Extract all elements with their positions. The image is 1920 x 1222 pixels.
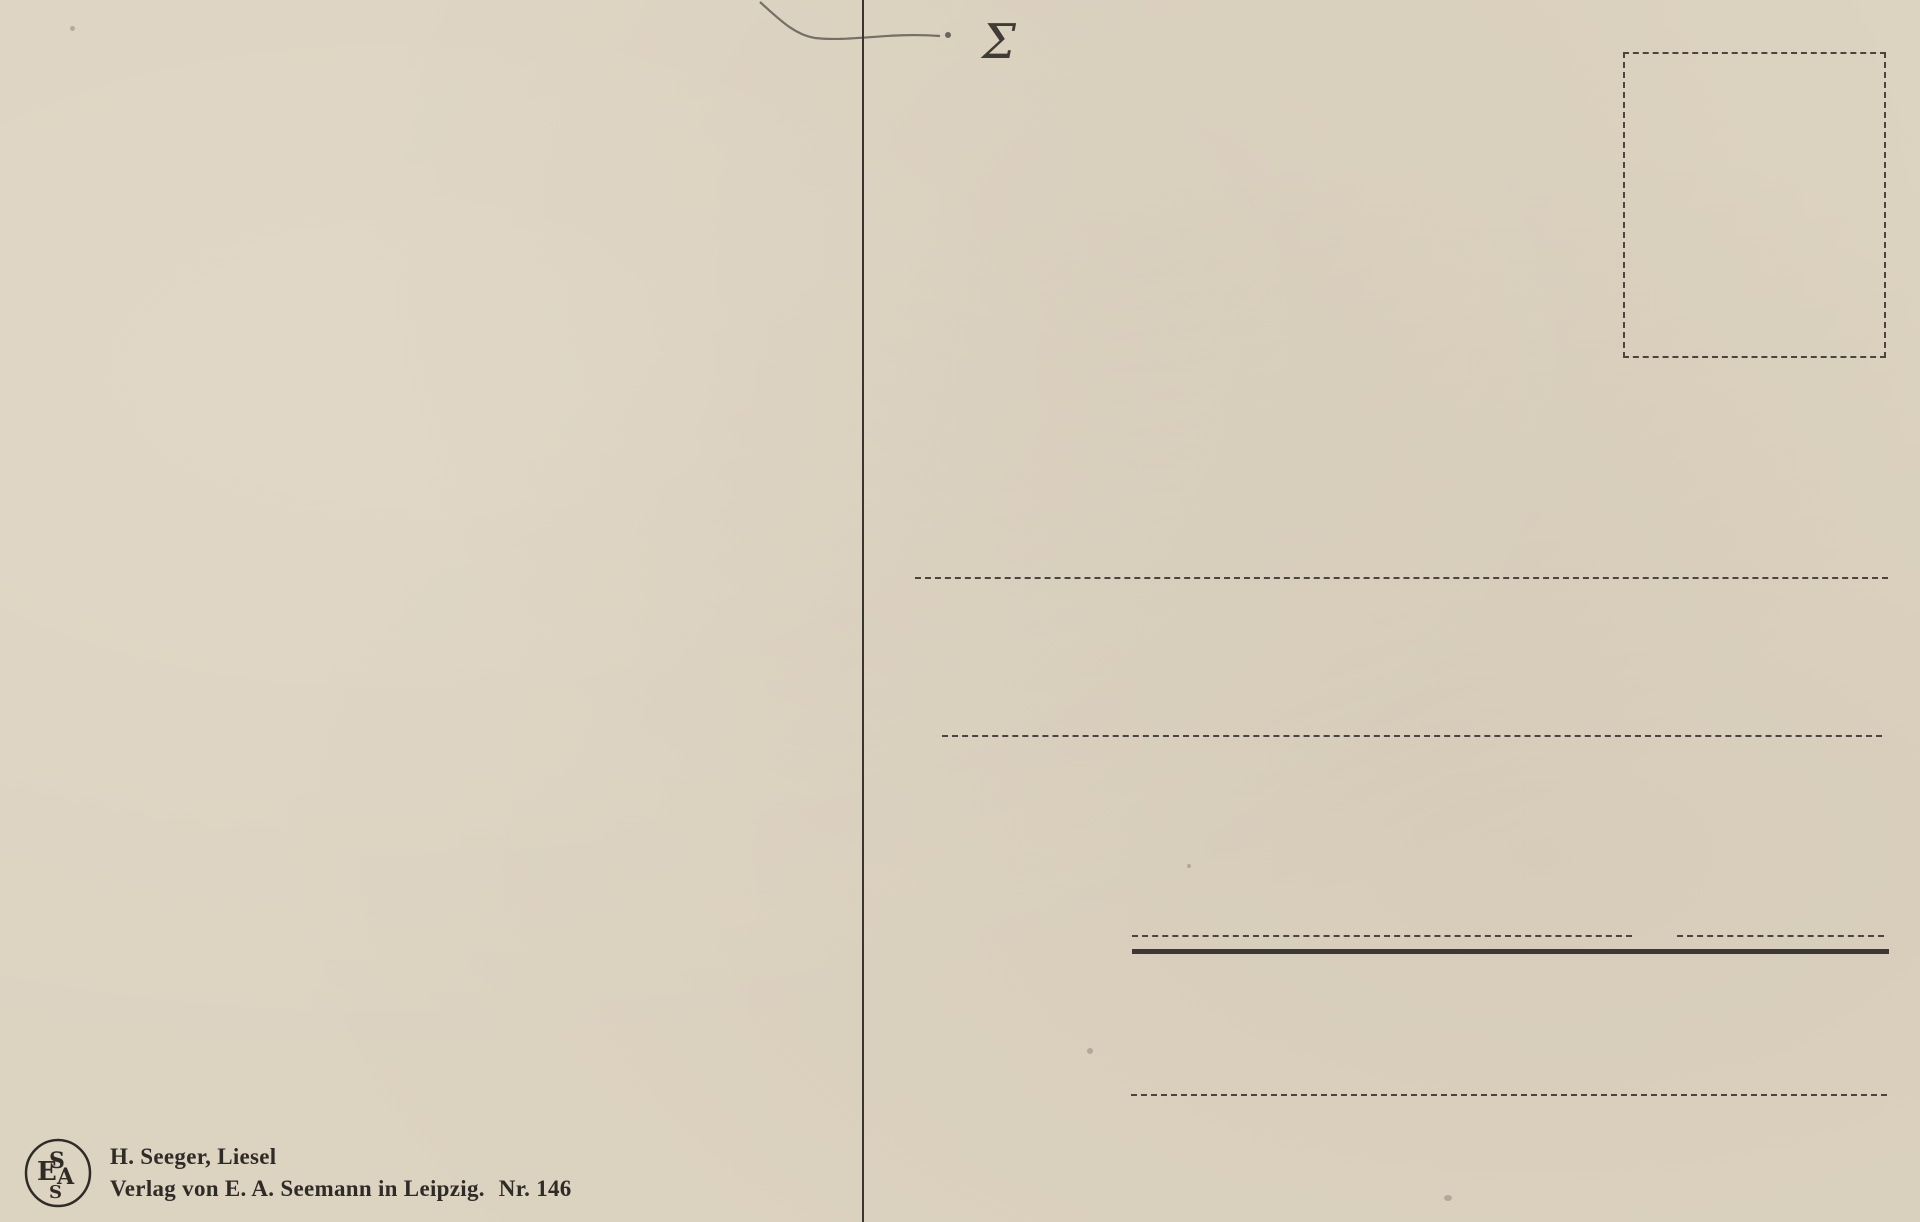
- address-line-3a: [1132, 935, 1632, 937]
- address-line-1: [915, 577, 1888, 579]
- paper-speck: [1444, 1195, 1452, 1201]
- paper-speck: [70, 26, 75, 31]
- pencil-annotation: Σ: [740, 0, 1060, 80]
- card-number: Nr. 146: [499, 1176, 572, 1201]
- address-line-3b: [1677, 935, 1884, 937]
- publisher-name: Verlag von E. A. Seemann in Leipzig.: [110, 1176, 485, 1201]
- publisher-logo-icon: E S A S: [23, 1138, 93, 1208]
- address-line-2: [942, 735, 1882, 737]
- paper-speck: [1187, 864, 1191, 868]
- stamp-box: [1623, 52, 1886, 358]
- svg-text:S: S: [49, 1182, 62, 1203]
- artist-title: H. Seeger, Liesel: [110, 1141, 572, 1173]
- address-line-4: [1131, 1094, 1887, 1096]
- publisher-line: Verlag von E. A. Seemann in Leipzig.Nr. …: [110, 1173, 572, 1205]
- publisher-imprint: H. Seeger, Liesel Verlag von E. A. Seema…: [110, 1141, 572, 1205]
- handwritten-sigma: Σ: [980, 14, 1017, 70]
- paper-speck: [1087, 1048, 1093, 1054]
- postcard-back: Σ E S A S H. Seeger, Liesel Verlag von E…: [0, 0, 1920, 1222]
- center-divider-line: [862, 0, 864, 1222]
- address-underline-bar: [1132, 949, 1889, 954]
